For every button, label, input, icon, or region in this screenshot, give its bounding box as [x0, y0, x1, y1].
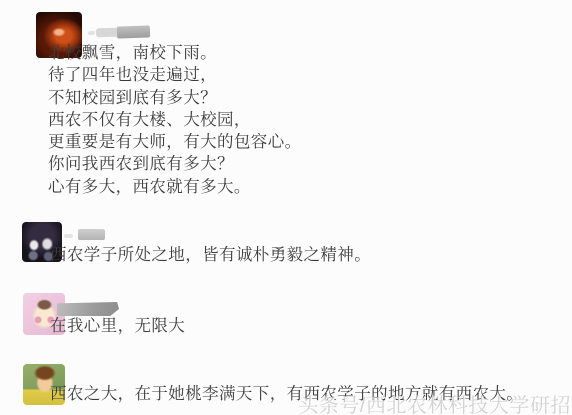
comment-text-line: 在我心里，无限大 — [50, 315, 185, 337]
comments-screen: 北校飘雪，南校下雨。 待了四年也没走遍过， 不知校园到底有多大？ 西农不仅有大楼… — [0, 0, 572, 415]
comment-text-line: 北校飘雪，南校下雨。 — [48, 42, 302, 64]
comment-text-line: 心有多大，西农就有多大。 — [48, 176, 302, 198]
comment-text-line: 西农不仅有大楼、大校园， — [48, 109, 302, 131]
comment-text-line: 待了四年也没走遍过， — [48, 64, 302, 86]
redacted-username-blur — [88, 30, 96, 35]
comment-text: 北校飘雪，南校下雨。 待了四年也没走遍过， 不知校园到底有多大？ 西农不仅有大楼… — [48, 42, 302, 198]
comment-text: 在我心里，无限大 — [50, 315, 185, 337]
redacted-username-blur — [96, 28, 119, 38]
publisher-watermark: 头条号/西北农林科技大学研招 — [298, 389, 571, 415]
redacted-username-blur — [78, 229, 105, 240]
redacted-username-blur — [64, 234, 73, 238]
comment-text-line: 西农学子所处之地，皆有诚朴勇毅之精神。 — [50, 244, 371, 266]
comment-text: 西农学子所处之地，皆有诚朴勇毅之精神。 — [50, 244, 371, 266]
comment-text-line: 不知校园到底有多大？ — [48, 87, 302, 109]
redacted-username-blur — [57, 302, 119, 316]
comment-text-line: 更重要是有大师，有大的包容心。 — [48, 131, 302, 153]
redacted-username-blur — [117, 25, 150, 38]
comment-text-line: 你问我西农到底有多大？ — [48, 153, 302, 175]
